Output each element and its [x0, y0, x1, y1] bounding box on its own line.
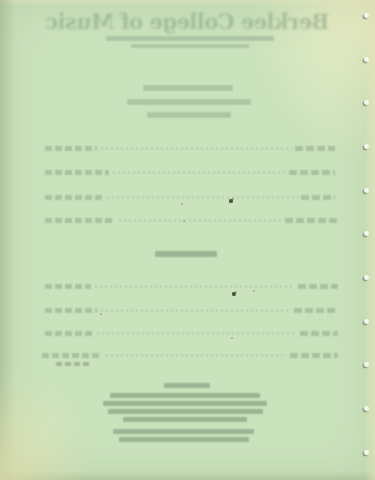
bleedthrough-text-bar [108, 409, 263, 414]
ink-speck [229, 199, 233, 203]
bleedthrough-text-bar [147, 112, 231, 118]
ghost-label [45, 195, 103, 200]
ghost-value [300, 331, 338, 336]
ghost-label [45, 170, 109, 175]
bleedthrough-text-bar [113, 429, 254, 434]
ghost-value [301, 195, 335, 200]
bleedthrough-text-bar [119, 437, 249, 442]
punch-hole [364, 450, 369, 455]
bleedthrough-form-row [42, 352, 338, 358]
punch-hole [364, 13, 369, 18]
punch-hole [364, 319, 369, 324]
bleedthrough-form-row [45, 194, 335, 200]
punch-hole [364, 100, 369, 105]
ghost-dotted-leader [118, 219, 282, 222]
ghost-dotted-leader [112, 171, 286, 174]
ink-speck [231, 337, 233, 339]
bleedthrough-small-mark [56, 362, 90, 366]
ghost-label [42, 353, 102, 358]
ink-speck [232, 292, 236, 296]
bleedthrough-text-bar [155, 251, 217, 257]
ghost-value [294, 308, 338, 313]
punch-hole [364, 57, 369, 62]
bleedthrough-form-row [45, 169, 335, 175]
ghost-label [45, 218, 115, 223]
punch-hole [364, 188, 369, 193]
ghost-value [285, 218, 337, 223]
punch-hole [364, 231, 369, 236]
ink-speck [253, 290, 255, 292]
ghost-dotted-leader [94, 285, 295, 288]
ghost-label [45, 308, 97, 313]
bleedthrough-text-bar [110, 393, 260, 398]
bleedthrough-text-bar [103, 401, 267, 406]
bleedthrough-text-bar [131, 44, 249, 48]
bleedthrough-text-bar [143, 85, 233, 91]
punch-hole [364, 362, 369, 367]
ghost-value [290, 353, 338, 358]
bleedthrough-form-row [45, 307, 338, 313]
bleedthrough-form-row [45, 283, 338, 289]
ghost-value [295, 146, 335, 151]
ghost-label [45, 284, 91, 289]
ghost-value [289, 170, 335, 175]
ghost-dotted-leader [100, 147, 292, 150]
bleedthrough-form-row [45, 217, 337, 223]
ink-speck [183, 220, 185, 222]
bleedthrough-text-bar [123, 417, 247, 422]
ghost-dotted-leader [100, 309, 291, 312]
paper-sheet: Berklee College of Music [0, 0, 375, 480]
punch-hole [364, 406, 369, 411]
ghost-dotted-leader [105, 354, 287, 357]
ink-speck [100, 313, 102, 315]
bleedthrough-form-row [45, 145, 335, 151]
punch-hole [364, 275, 369, 280]
ghost-dotted-leader [96, 332, 297, 335]
bleedthrough-text-bar [164, 383, 210, 388]
bleedthrough-masthead-title: Berklee College of Music [0, 9, 375, 34]
ghost-label [45, 331, 93, 336]
ghost-label [45, 146, 97, 151]
ghost-dotted-leader [106, 196, 298, 199]
ghost-value [298, 284, 338, 289]
punch-hole [364, 144, 369, 149]
bleedthrough-text-bar [127, 99, 251, 105]
scanned-page: Berklee College of Music [0, 0, 375, 480]
bleedthrough-form-row [45, 330, 338, 336]
ink-speck [181, 203, 183, 205]
bleedthrough-text-bar [106, 36, 274, 41]
